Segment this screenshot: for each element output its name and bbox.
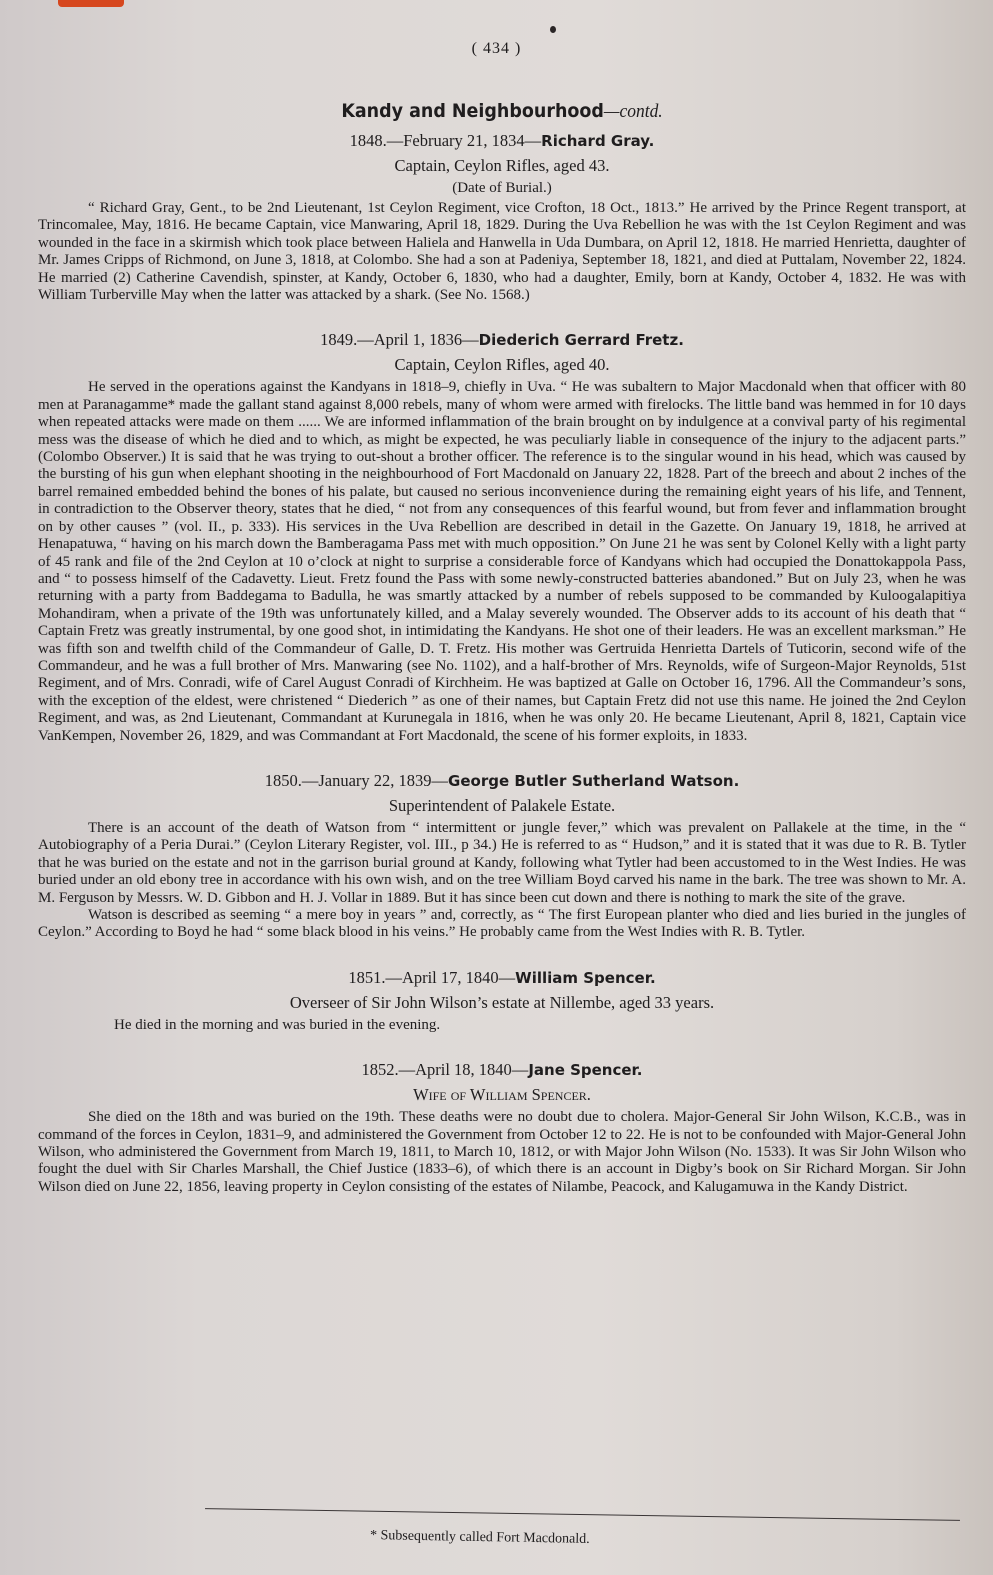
entry-name: Jane Spencer.: [528, 1061, 642, 1079]
entry-subtitle: Wife of William Spencer.: [38, 1085, 966, 1105]
entry-1852: 1852.—April 18, 1840—Jane Spencer. Wife …: [38, 1060, 966, 1196]
entry-name: George Butler Sutherland Watson.: [448, 772, 739, 790]
entry-name: Richard Gray.: [541, 132, 654, 150]
entry-paragraph: “ Richard Gray, Gent., to be 2nd Lieuten…: [38, 200, 966, 304]
section-title: Kandy and Neighbourhood—contd.: [75, 100, 929, 123]
entry-paragraph: He served in the operations against the …: [38, 379, 966, 745]
entry-number: 1851.—April 17, 1840—: [348, 968, 515, 987]
page-number: ( 434 ): [0, 40, 993, 58]
entry-1850: 1850.—January 22, 1839—George Butler Sut…: [38, 771, 966, 942]
ink-spot: [550, 26, 556, 33]
entry-heading: 1850.—January 22, 1839—George Butler Sut…: [38, 771, 966, 791]
orange-page-tab: [58, 0, 124, 7]
entry-heading: 1849.—April 1, 1836—Diederich Gerrard Fr…: [38, 330, 966, 350]
entry-subtitle: Overseer of Sir John Wilson’s estate at …: [38, 993, 966, 1013]
footnote-divider: [205, 1508, 960, 1521]
section-title-text: Kandy and Neighbourhood: [341, 100, 604, 122]
entry-heading: 1851.—April 17, 1840—William Spencer.: [38, 968, 966, 988]
footnote: * Subsequently called Fort Macdonald.: [370, 1528, 590, 1548]
entry-name: William Spencer.: [515, 969, 656, 987]
entry-1849: 1849.—April 1, 1836—Diederich Gerrard Fr…: [38, 330, 966, 745]
entry-number: 1852.—April 18, 1840—: [361, 1060, 528, 1079]
entry-subtitle: Superintendent of Palakele Estate.: [38, 796, 966, 816]
entry-paragraph: She died on the 18th and was buried on t…: [38, 1109, 966, 1196]
section-title-suffix: —contd.: [604, 101, 663, 122]
entry-note: (Date of Burial.): [38, 180, 966, 197]
entry-heading: 1852.—April 18, 1840—Jane Spencer.: [38, 1060, 966, 1080]
entry-name: Diederich Gerrard Fretz.: [479, 331, 684, 349]
entry-paragraph: There is an account of the death of Wats…: [38, 820, 966, 907]
entry-subtitle: Captain, Ceylon Rifles, aged 43.: [38, 156, 966, 176]
entry-paragraph: Watson is described as seeming “ a mere …: [38, 907, 966, 942]
entry-number: 1849.—April 1, 1836—: [320, 330, 479, 349]
page-content: Kandy and Neighbourhood—contd. 1848.—Feb…: [38, 100, 966, 1222]
entry-number: 1850.—January 22, 1839—: [265, 771, 448, 790]
entry-number: 1848.—February 21, 1834—: [350, 131, 542, 150]
entry-heading: 1848.—February 21, 1834—Richard Gray.: [38, 131, 966, 151]
entry-paragraph: He died in the morning and was buried in…: [38, 1017, 966, 1034]
entry-1851: 1851.—April 17, 1840—William Spencer. Ov…: [38, 968, 966, 1034]
entry-subtitle: Captain, Ceylon Rifles, aged 40.: [38, 355, 966, 375]
entry-1848: 1848.—February 21, 1834—Richard Gray. Ca…: [38, 131, 966, 304]
